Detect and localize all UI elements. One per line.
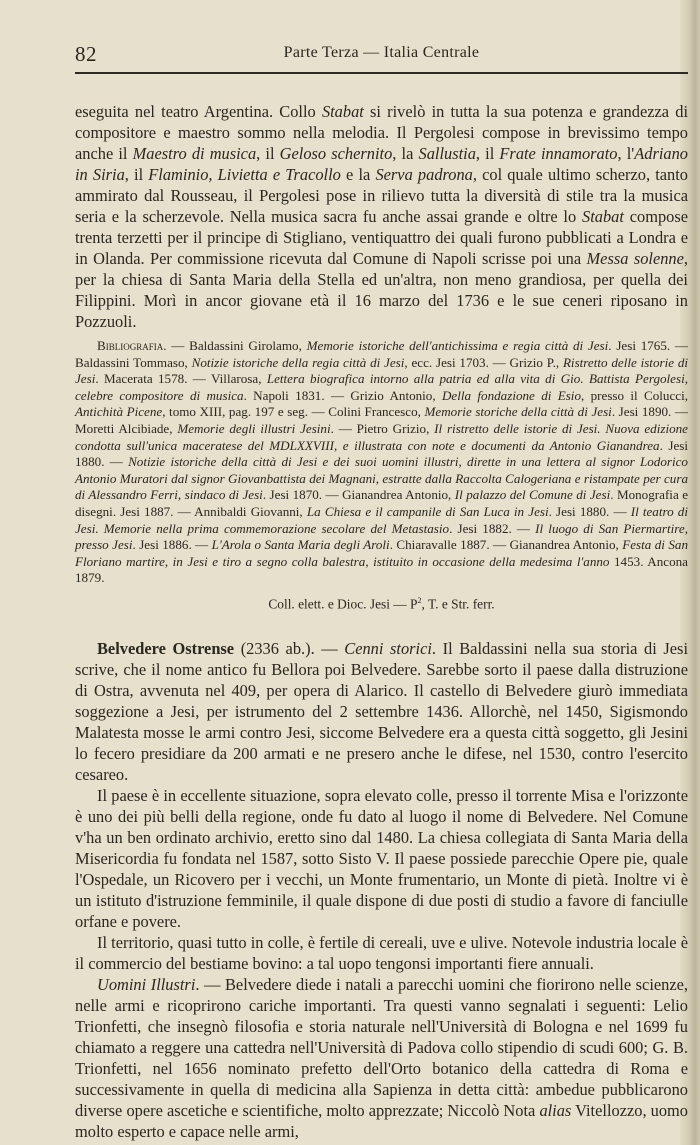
- belvedere-paragraph-4: Uomini Illustri. — Belvedere diede i nat…: [75, 974, 688, 1142]
- cenni-storici-label: Cenni storici: [344, 639, 432, 658]
- belvedere-paragraph-2: Il paese è in eccellente situazione, sop…: [75, 785, 688, 932]
- running-head: 82 Parte Terza — Italia Centrale: [75, 40, 688, 70]
- header-rule: [75, 72, 688, 74]
- collegio-line: Coll. elett. e Dioc. Jesi — P2, T. e Str…: [75, 596, 688, 612]
- body-text: eseguita nel teatro Argentina. Collo Sta…: [75, 101, 688, 332]
- bibliography-label: Bibliografia.: [97, 338, 167, 353]
- book-page: 82 Parte Terza — Italia Centrale eseguit…: [75, 40, 688, 1142]
- pergolesi-paragraph: eseguita nel teatro Argentina. Collo Sta…: [75, 101, 688, 332]
- bibliography-entries: — Baldassini Girolamo, Memorie istoriche…: [75, 338, 688, 585]
- belvedere-entry: Belvedere Ostrense (2336 ab.). — Cenni s…: [75, 638, 688, 1142]
- belvedere-paragraph-1: Belvedere Ostrense (2336 ab.). — Cenni s…: [75, 638, 688, 785]
- running-title: Parte Terza — Italia Centrale: [75, 44, 688, 62]
- entry-title: Belvedere Ostrense: [97, 639, 234, 658]
- belvedere-paragraph-3: Il territorio, quasi tutto in colle, è f…: [75, 932, 688, 974]
- uomini-illustri-label: Uomini Illustri: [97, 975, 195, 994]
- bibliography: Bibliografia. — Baldassini Girolamo, Mem…: [75, 338, 688, 587]
